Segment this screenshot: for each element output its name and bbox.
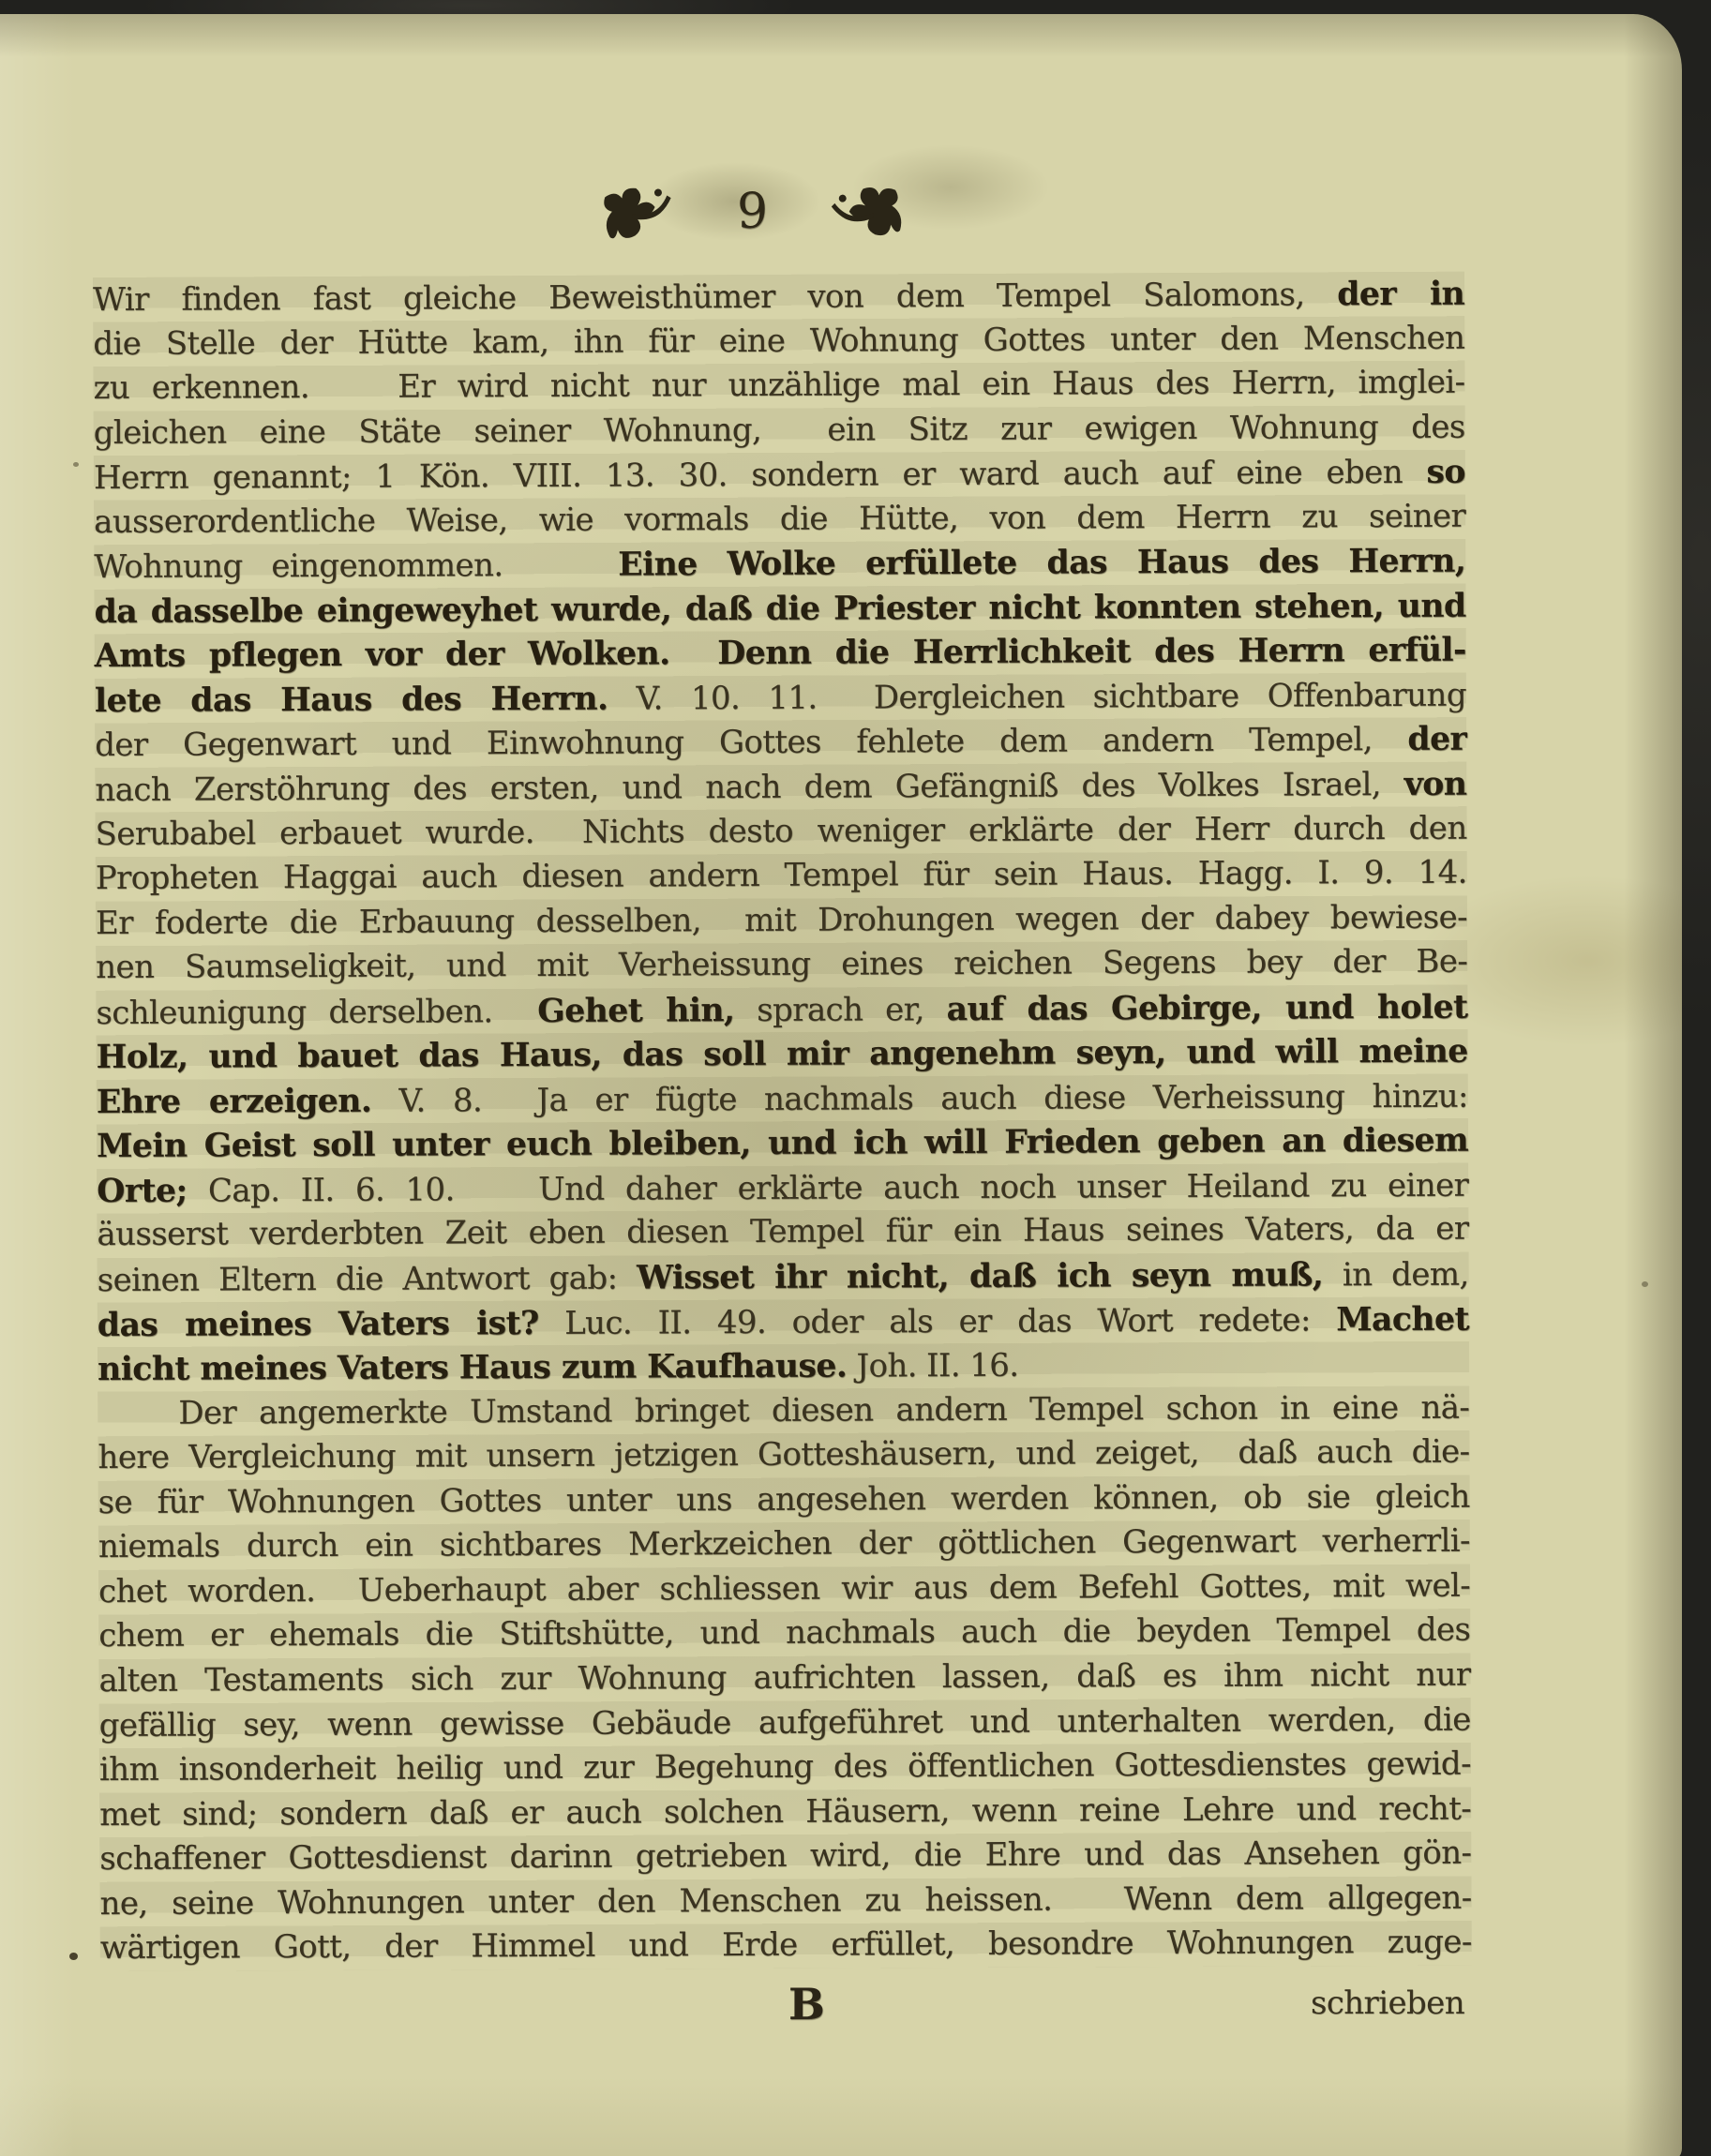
- page-footer: B schrieben: [93, 1979, 1464, 2039]
- text-line: gefällig sey, wenn gewisse Gebäude aufge…: [99, 1698, 1471, 1748]
- text-line: chet worden. Ueberhaupt aber schliessen …: [98, 1564, 1470, 1614]
- text-line: der Gegenwart und Einwohnung Gottes fehl…: [95, 717, 1466, 768]
- text-line: nach Zerstöhrung des ersten, und nach de…: [95, 762, 1466, 813]
- paper-speck: [1642, 1281, 1648, 1287]
- page-number: 9: [737, 187, 768, 236]
- text-line: niemals durch ein sichtbares Merkzeichen…: [98, 1520, 1470, 1570]
- text-line: Wohnung eingenommen. Eine Wolke erfüllet…: [94, 539, 1465, 590]
- page-header: 9: [67, 172, 1438, 252]
- text-line: here Vergleichung mit unsern jetzigen Go…: [98, 1430, 1469, 1481]
- text-line: lete das Haus des Herrn. V. 10. 11. Derg…: [95, 673, 1466, 724]
- text-line: Orte; Cap. II. 6. 10. Und daher erklärte…: [97, 1163, 1468, 1214]
- text-line: Er foderte die Erbauung desselben, mit D…: [96, 895, 1467, 946]
- text-line: chem er ehemals die Stiftshütte, und nac…: [98, 1609, 1470, 1659]
- text-line: das meines Vaters ist? Luc. II. 49. oder…: [98, 1296, 1469, 1347]
- text-line: Wir finden fast gleiche Beweisthümer von…: [93, 272, 1464, 322]
- text-line: zu erkennen. Er wird nicht nur unzählige…: [93, 361, 1464, 412]
- text-line: wärtigen Gott, der Himmel und Erde erfül…: [100, 1921, 1472, 1971]
- text-line: da dasselbe eingeweyhet wurde, daß die P…: [94, 583, 1465, 634]
- text-line: ihm insonderheit heilig und zur Begehung…: [99, 1743, 1471, 1793]
- text-line: nen Saumseligkeit, und mit Verheissung e…: [96, 940, 1467, 991]
- text-line: ausserordentliche Weise, wie vormals die…: [94, 494, 1465, 545]
- body-text: Wir finden fast gleiche Beweisthümer von…: [93, 272, 1472, 1971]
- text-line: schaffener Gottesdienst darinn getrieben…: [99, 1832, 1471, 1882]
- text-line: Amts pflegen vor der Wolken. Denn die He…: [95, 628, 1466, 679]
- text-line: alten Testaments sich zur Wohnung aufric…: [98, 1654, 1470, 1704]
- text-line: gleichen eine Stäte seiner Wohnung, ein …: [94, 405, 1465, 456]
- text-line: ne, seine Wohnungen unter den Menschen z…: [99, 1876, 1471, 1926]
- text-line: Serubabel erbauet wurde. Nichts desto we…: [95, 806, 1466, 857]
- text-line: nicht meines Vaters Haus zum Kaufhause. …: [98, 1341, 1469, 1392]
- text-line: met sind; sondern daß er auch solchen Hä…: [99, 1787, 1471, 1837]
- text-line: Herrn genannt; 1 Kön. VIII. 13. 30. sond…: [94, 450, 1465, 501]
- paper-sheet: 9 Wir finden fast gleiche Beweisthümer v…: [0, 14, 1682, 2156]
- text-line: schleunigung derselben. Gehet hin, sprac…: [96, 984, 1467, 1035]
- text-line: Mein Geist soll unter euch bleiben, und …: [97, 1118, 1468, 1169]
- text-line: die Stelle der Hütte kam, ihn für eine W…: [93, 316, 1464, 367]
- signature-mark: B: [788, 1979, 825, 2029]
- scanned-book-page: 9 Wir finden fast gleiche Beweisthümer v…: [0, 0, 1711, 2156]
- text-line: se für Wohnungen Gottes unter uns angese…: [98, 1475, 1470, 1525]
- catchword: schrieben: [1311, 1984, 1464, 2022]
- paper-speck: [73, 462, 79, 467]
- text-line: seinen Eltern die Antwort gab: Wisset ih…: [98, 1252, 1469, 1303]
- fleuron-left-icon: [598, 180, 675, 244]
- text-line: Propheten Haggai auch diesen andern Temp…: [96, 851, 1467, 902]
- text-line: Holz, und bauet das Haus, das soll mir a…: [97, 1029, 1468, 1080]
- text-line: Ehre erzeigen. V. 8. Ja er fügte nachmal…: [97, 1073, 1468, 1124]
- ink-speck: [69, 1953, 78, 1960]
- text-line: Der angemerkte Umstand bringet diesen an…: [98, 1385, 1469, 1436]
- text-line: äusserst verderbten Zeit eben diesen Tem…: [97, 1207, 1468, 1258]
- fleuron-right-icon: [830, 180, 907, 244]
